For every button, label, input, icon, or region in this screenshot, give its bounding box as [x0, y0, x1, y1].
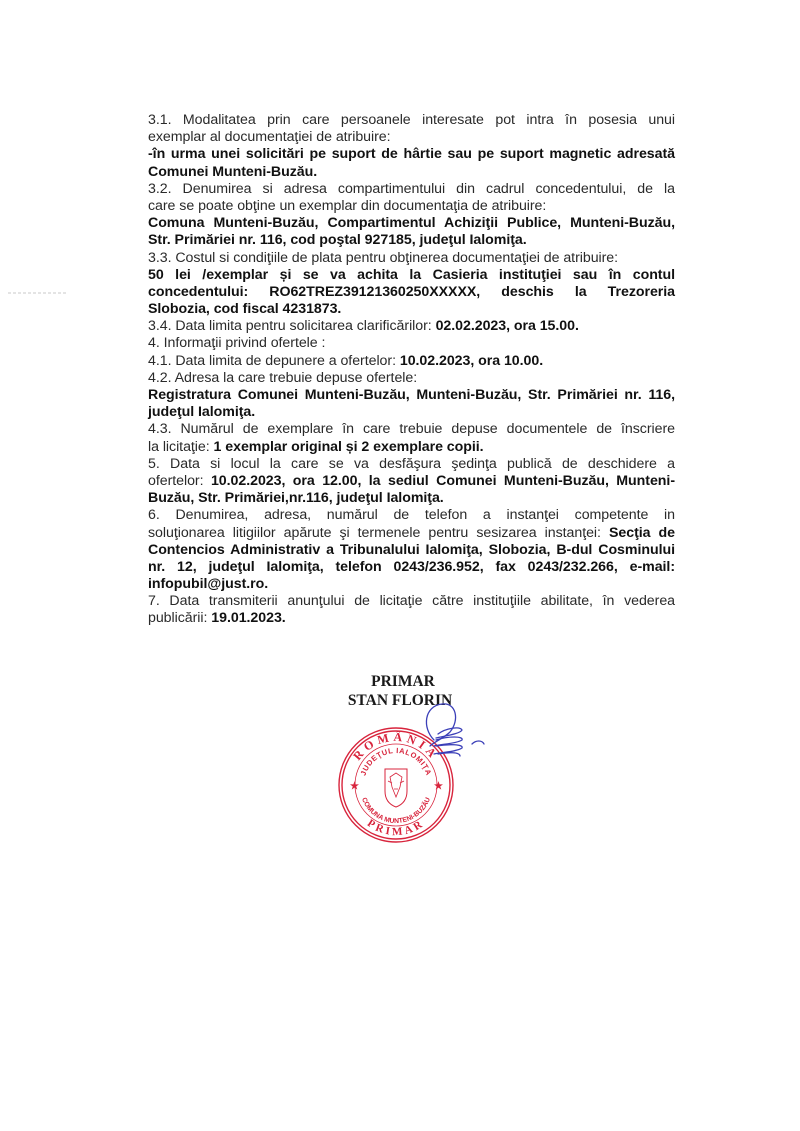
document-line: Str. Primăriei nr. 116, cod poştal 92718…	[148, 232, 675, 249]
text: 3.1. Modalitatea prin care persoanele in…	[148, 112, 675, 128]
document-line: 4.1. Data limita de depunere a ofertelor…	[148, 353, 675, 370]
bold-text: Buzău, Str. Primăriei,nr.116, judeţul Ia…	[148, 490, 444, 506]
document-line: 6. Denumirea, adresa, numărul de telefon…	[148, 507, 675, 524]
text: soluţionarea litigiilor apărute şi terme…	[148, 525, 609, 541]
bold-text: 02.02.2023, ora 15.00.	[436, 318, 579, 334]
signature-title: PRIMAR	[306, 672, 500, 691]
bold-text: Str. Primăriei nr. 116, cod poştal 92718…	[148, 232, 527, 248]
bold-text: Secţia de	[609, 525, 675, 541]
bold-text: Registratura Comunei Munteni-Buzău, Munt…	[148, 387, 675, 403]
document-body: 3.1. Modalitatea prin care persoanele in…	[148, 112, 675, 628]
document-line: concedentului: RO62TREZ39121360250XXXXX,…	[148, 284, 675, 301]
document-line: Slobozia, cod fiscal 4231873.	[148, 301, 675, 318]
document-line: 4.2. Adresa la care trebuie depuse ofert…	[148, 370, 675, 387]
bold-text: Contencios Administrativ a Tribunalului …	[148, 542, 675, 558]
text: 7. Data transmiterii anunţului de licita…	[148, 593, 675, 609]
bold-text: judeţul Ialomiţa.	[148, 404, 255, 420]
document-line: soluţionarea litigiilor apărute şi terme…	[148, 525, 675, 542]
bold-text: Comuna Munteni-Buzău, Compartimentul Ach…	[148, 215, 675, 231]
document-line: 7. Data transmiterii anunţului de licita…	[148, 593, 675, 610]
text: 3.3. Costul si condiţiile de plata pentr…	[148, 250, 618, 266]
text: la licitaţie:	[148, 439, 214, 455]
text: 4. Informaţii privind ofertele :	[148, 335, 325, 351]
bold-text: Slobozia, cod fiscal 4231873.	[148, 301, 341, 317]
document-line: 4.3. Numărul de exemplare în care trebui…	[148, 421, 675, 438]
scan-artifact	[8, 282, 68, 286]
text: 4.3. Numărul de exemplare în care trebui…	[148, 421, 675, 437]
bold-text: concedentului: RO62TREZ39121360250XXXXX,…	[148, 284, 675, 300]
bold-text: Comunei Munteni-Buzău.	[148, 164, 317, 180]
svg-text:★: ★	[434, 781, 443, 792]
document-line: Registratura Comunei Munteni-Buzău, Munt…	[148, 387, 675, 404]
document-line: ofertelor: 10.02.2023, ora 12.00, la sed…	[148, 473, 675, 490]
document-line: exemplar al documentaţiei de atribuire:	[148, 129, 675, 146]
text: 4.1. Data limita de depunere a ofertelor…	[148, 353, 400, 369]
bold-text: 50 lei /exemplar și se va achita la Casi…	[148, 267, 675, 283]
text: exemplar al documentaţiei de atribuire:	[148, 129, 391, 145]
document-line: 3.2. Denumirea si adresa compartimentulu…	[148, 181, 675, 198]
document-line: 50 lei /exemplar și se va achita la Casi…	[148, 267, 675, 284]
bold-text: 10.02.2023, ora 12.00, la sediul Comunei…	[211, 473, 675, 489]
svg-text:★: ★	[350, 781, 359, 792]
text: 3.2. Denumirea si adresa compartimentulu…	[148, 181, 675, 197]
document-line: Comuna Munteni-Buzău, Compartimentul Ach…	[148, 215, 675, 232]
text: care se poate obţine un exemplar din doc…	[148, 198, 546, 214]
bold-text: -în urma unei solicitări pe suport de hâ…	[148, 146, 675, 162]
bold-text: nr. 12, judeţul Ialomiţa, telefon 0243/2…	[148, 559, 675, 575]
document-line: 5. Data si locul la care se va desfăşura…	[148, 456, 675, 473]
text: ofertelor:	[148, 473, 211, 489]
text: 6. Denumirea, adresa, numărul de telefon…	[148, 507, 675, 523]
text: publicării:	[148, 610, 211, 626]
document-line: -în urma unei solicitări pe suport de hâ…	[148, 146, 675, 163]
document-line: Buzău, Str. Primăriei,nr.116, judeţul Ia…	[148, 490, 675, 507]
document-line: publicării: 19.01.2023.	[148, 610, 675, 627]
bold-text: 10.02.2023, ora 10.00.	[400, 353, 543, 369]
document-line: nr. 12, judeţul Ialomiţa, telefon 0243/2…	[148, 559, 675, 576]
text: 5. Data si locul la care se va desfăşura…	[148, 456, 675, 472]
document-line: Contencios Administrativ a Tribunalului …	[148, 542, 675, 559]
document-line: la licitaţie: 1 exemplar original și 2 e…	[148, 439, 675, 456]
document-line: 3.4. Data limita pentru solicitarea clar…	[148, 318, 675, 335]
handwritten-signature-icon	[420, 700, 500, 770]
document-line: infopubil@just.ro.	[148, 576, 675, 593]
document-line: Comunei Munteni-Buzău.	[148, 164, 675, 181]
document-line: 3.1. Modalitatea prin care persoanele in…	[148, 112, 675, 129]
bold-text: 19.01.2023.	[211, 610, 285, 626]
text: 4.2. Adresa la care trebuie depuse ofert…	[148, 370, 417, 386]
bold-text: 1 exemplar original și 2 exemplare copii…	[214, 439, 484, 455]
document-line: judeţul Ialomiţa.	[148, 404, 675, 421]
document-line: 4. Informaţii privind ofertele :	[148, 335, 675, 352]
document-line: 3.3. Costul si condiţiile de plata pentr…	[148, 250, 675, 267]
bold-text: infopubil@just.ro.	[148, 576, 268, 592]
document-line: care se poate obţine un exemplar din doc…	[148, 198, 675, 215]
text: 3.4. Data limita pentru solicitarea clar…	[148, 318, 436, 334]
